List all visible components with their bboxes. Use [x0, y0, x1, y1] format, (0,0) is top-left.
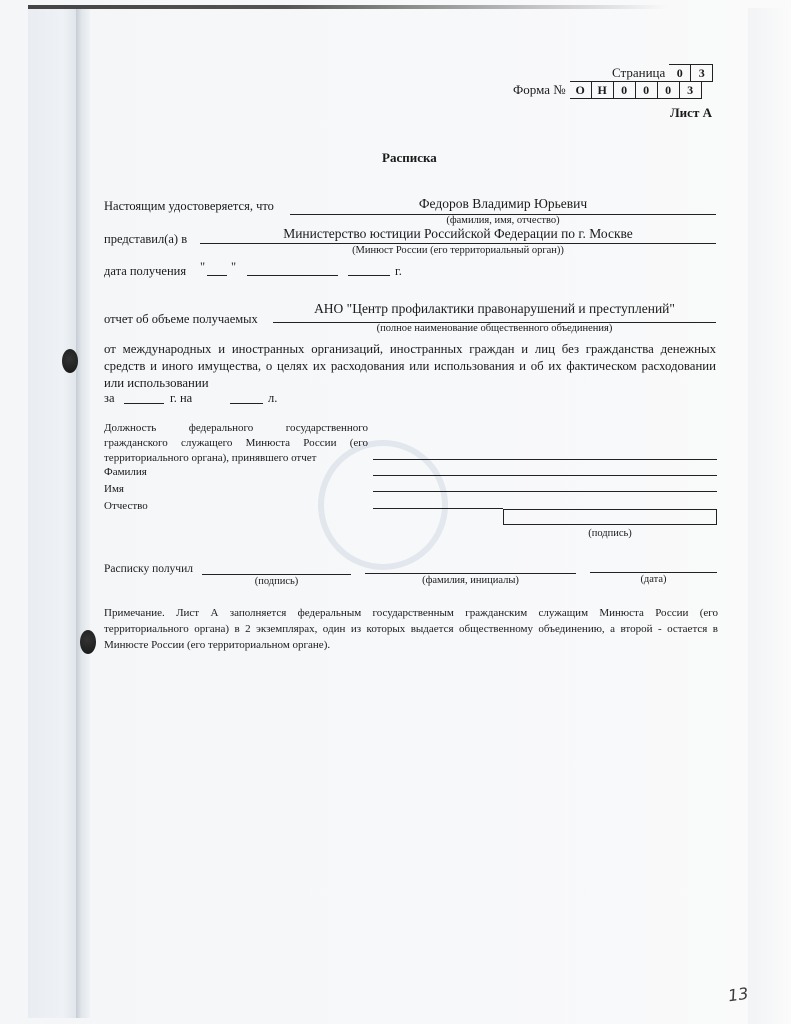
form-number-box: Форма № О Н 0 0 0 3: [513, 81, 702, 99]
received-by-label: Расписку получил: [104, 563, 193, 575]
certify-hint: (фамилия, имя, отчество): [290, 215, 716, 226]
report-description: от международных и иностранных организац…: [104, 341, 716, 392]
receipt-day-field[interactable]: [207, 275, 227, 276]
receiver-date-hint: (дата): [590, 574, 717, 585]
receipt-date-label: дата получения: [104, 264, 186, 279]
period-year-label: г. на: [170, 391, 192, 406]
quote-open: ": [200, 260, 205, 275]
sheet-label: Лист А: [670, 105, 712, 121]
punch-hole-icon: [80, 630, 96, 654]
report-label: отчет об объеме получаемых: [104, 312, 258, 327]
note-paragraph: Примечание. Лист А заполняется федеральн…: [104, 605, 718, 653]
report-sheets-field[interactable]: [230, 403, 263, 404]
form-code-cell: 0: [636, 81, 658, 99]
form-code-cell: О: [570, 81, 592, 99]
page-number-box: Страница 0 3: [612, 64, 713, 82]
report-hint: (полное наименование общественного объед…: [273, 323, 716, 334]
handwritten-page-number: 13: [727, 984, 750, 1006]
form-code-cell: Н: [592, 81, 614, 99]
receiver-date-field[interactable]: [590, 572, 717, 573]
page-right-edge: [748, 8, 791, 1024]
patronymic-label: Отчество: [104, 500, 148, 512]
last-name-field[interactable]: [373, 475, 717, 476]
certify-name-value: Федоров Владимир Юрьевич: [290, 196, 716, 212]
period-sheets-label: л.: [268, 391, 277, 406]
receiver-name-hint: (фамилия, инициалы): [365, 575, 576, 586]
official-signature-box[interactable]: [503, 509, 717, 525]
top-edge-shadow: [28, 5, 668, 9]
official-signature-hint: (подпись): [503, 528, 717, 539]
submitted-to-value: Министерство юстиции Российской Федераци…: [200, 226, 716, 242]
patronymic-field[interactable]: [373, 508, 503, 509]
page-digit: 3: [691, 64, 713, 82]
receiver-signature-field[interactable]: [202, 574, 351, 575]
official-position-field[interactable]: [373, 459, 717, 460]
year-suffix: г.: [395, 264, 402, 279]
last-name-label: Фамилия: [104, 466, 147, 478]
submitted-to-underline: [200, 243, 716, 244]
page-label: Страница: [612, 65, 665, 81]
document-title: Расписка: [382, 150, 437, 166]
page-digit: 0: [669, 64, 691, 82]
submitted-to-hint: (Минюст России (его территориальный орга…: [200, 245, 716, 256]
organization-name-value: АНО "Центр профилактики правонарушений и…: [273, 301, 716, 317]
first-name-field[interactable]: [373, 491, 717, 492]
certify-label: Настоящим удостоверяется, что: [104, 199, 274, 214]
official-position-label: Должность федерального государственного …: [104, 421, 368, 466]
form-code-cell: 0: [658, 81, 680, 99]
form-code-cell: 0: [614, 81, 636, 99]
first-name-label: Имя: [104, 483, 124, 495]
receipt-month-field[interactable]: [247, 275, 338, 276]
binding-spine: [76, 8, 90, 1018]
receiver-signature-hint: (подпись): [202, 576, 351, 587]
underlying-page-edge: [28, 8, 78, 1018]
receipt-year-field[interactable]: [348, 275, 390, 276]
quote-close: ": [231, 260, 236, 275]
receiver-name-field[interactable]: [365, 573, 576, 574]
period-prefix: за: [104, 391, 115, 406]
form-code-cell: 3: [680, 81, 702, 99]
punch-hole-icon: [62, 349, 78, 373]
submitted-to-label: представил(а) в: [104, 232, 187, 247]
form-label: Форма №: [513, 82, 566, 98]
report-year-field[interactable]: [124, 403, 164, 404]
